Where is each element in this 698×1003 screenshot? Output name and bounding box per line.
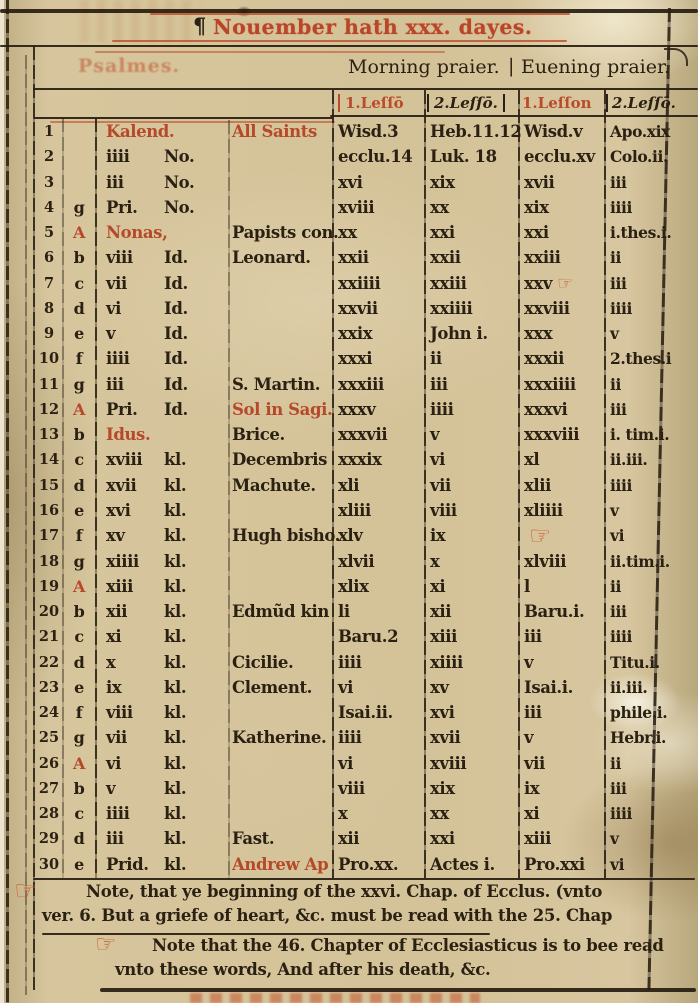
roman-date: vId. (98, 322, 230, 347)
lesson-morning-1: xxxix (338, 448, 422, 473)
day-number: 26 (36, 752, 62, 777)
lesson-evening-2: i. tim.i. (610, 423, 690, 448)
day-number: 10 (36, 347, 62, 372)
roman-date-numeral: xvi (106, 499, 131, 523)
lesson-evening-2: iii (610, 398, 690, 423)
roman-date-numeral: Prid. (106, 853, 149, 877)
roman-date: viiiId. (98, 246, 230, 271)
roman-date: Idus. (98, 423, 230, 448)
lesson-morning-2: xix (430, 777, 516, 802)
lesson-morning-1: xxii (338, 246, 422, 271)
dominical-letter: b (64, 246, 94, 271)
roman-date-numeral: xviii (106, 448, 142, 472)
col-rule-m1 (332, 90, 334, 878)
lesson-evening-1: ecclu.xv (524, 145, 602, 170)
day-number: 21 (36, 625, 62, 650)
lesson-evening-1: Baru.i. (524, 600, 602, 625)
day-number: 14 (36, 448, 62, 473)
calendar-row: 28ciiiikl.xxxxiiiii (0, 802, 698, 827)
roman-date: xiiikl. (98, 575, 230, 600)
feast-name (232, 297, 334, 322)
day-number: 6 (36, 246, 62, 271)
roman-date-numeral: v (106, 322, 115, 346)
lesson-evening-2: ii (610, 246, 690, 271)
dominical-letter (64, 145, 94, 170)
lesson-evening-1: iii (524, 701, 602, 726)
calendar-row: 21cxikl.Baru.2xiiiiiiiiii (0, 625, 698, 650)
day-number: 24 (36, 701, 62, 726)
roman-date: iiiId. (98, 373, 230, 398)
dominical-letter: d (64, 297, 94, 322)
roman-date-marker: Id. (164, 373, 188, 397)
roman-date-numeral: Pri. (106, 398, 138, 422)
lesson-morning-1: xviii (338, 196, 422, 221)
lesson-evening-1: xxiii (524, 246, 602, 271)
lesson-morning-2: vii (430, 474, 516, 499)
roman-date-numeral: ix (106, 676, 121, 700)
feast-name: S. Martin. (232, 373, 334, 398)
roman-date-numeral: Idus. (106, 423, 150, 447)
lesson-morning-1: xxxvii (338, 423, 422, 448)
col-rule-m2 (424, 90, 426, 878)
lesson-morning-1: viii (338, 777, 422, 802)
roman-date-numeral: iiii (106, 145, 129, 169)
calendar-row: 13bIdus.Brice.xxxviivxxxviiii. tim.i. (0, 423, 698, 448)
lesson-evening-1: ☞ (524, 524, 602, 549)
lesson-evening-1: xxxiiii (524, 373, 602, 398)
calendar-row: 17fxvkl.Hugh bisho.xlvix☞vi (0, 524, 698, 549)
roman-date-numeral: xvii (106, 474, 136, 498)
roman-date-marker: kl. (164, 777, 186, 801)
calendar-table: 1Kalend.All SaintsWisd.3Heb.11.12Wisd.vA… (0, 120, 698, 878)
roman-date-numeral: x (106, 651, 115, 675)
roman-date: xikl. (98, 625, 230, 650)
lesson-morning-1: xxxiii (338, 373, 422, 398)
roman-date: xvikl. (98, 499, 230, 524)
col-rule-e1 (518, 90, 520, 878)
roman-date: xiiiikl. (98, 550, 230, 575)
lesson-morning-2: xv (430, 676, 516, 701)
note-2-line-2: vnto these words, And after his death, &… (115, 960, 490, 979)
lesson-morning-2: Heb.11.12 (430, 120, 516, 145)
dominical-letter: e (64, 499, 94, 524)
lesson-morning-1: xlvii (338, 550, 422, 575)
lesson-evening-1: Isai.i. (524, 676, 602, 701)
calendar-row: 2iiiiNo.ecclu.14Luk. 18ecclu.xvColo.ii. (0, 145, 698, 170)
lesson-morning-2: xiii (430, 625, 516, 650)
roman-date-numeral: xii (106, 600, 127, 624)
lesson-evening-2: ii (610, 575, 690, 600)
dominical-letter: e (64, 676, 94, 701)
dominical-letter: A (64, 752, 94, 777)
day-number: 25 (36, 726, 62, 751)
calendar-row: 12APri.Id.Sol in Sagi.xxxviiiixxxviiii (0, 398, 698, 423)
lesson-evening-2: 2.thes.i (610, 347, 690, 372)
lesson-evening-1: ix (524, 777, 602, 802)
lesson-evening-2: ii.tim.i. (610, 550, 690, 575)
day-number: 16 (36, 499, 62, 524)
psalmes-header: Psalmes. (78, 55, 180, 77)
calendar-row: 29diiikl.Fast.xiixxixiiiv (0, 827, 698, 852)
lesson-evening-1: vii (524, 752, 602, 777)
dominical-letter: b (64, 600, 94, 625)
calendar-row: 15dxviikl.Machute.xliviixliiiiii (0, 474, 698, 499)
roman-date-numeral: iiii (106, 347, 129, 371)
roman-date-numeral: xiiii (106, 550, 139, 574)
roman-date-marker: Id. (164, 246, 188, 270)
dominical-letter: c (64, 625, 94, 650)
day-number: 11 (36, 373, 62, 398)
roman-date-numeral: viii (106, 701, 133, 725)
roman-date: xvkl. (98, 524, 230, 549)
feast-name: Leonard. (232, 246, 334, 271)
lesson-morning-1: Pro.xx. (338, 853, 422, 878)
day-number: 20 (36, 600, 62, 625)
lesson-evening-1: xxi (524, 221, 602, 246)
roman-date: iiiNo. (98, 171, 230, 196)
calendar-row: 27bvkl.viiixixixiii (0, 777, 698, 802)
roman-date-marker: Id. (164, 347, 188, 371)
dominical-letter: g (64, 196, 94, 221)
manicule-icon: ☞ (557, 273, 573, 294)
lesson-evening-2: ii.iii. (610, 448, 690, 473)
lesson-evening-2: iiii (610, 625, 690, 650)
roman-date-marker: No. (164, 196, 194, 220)
lesson-morning-1: xlv (338, 524, 422, 549)
lesson-morning-1: Baru.2 (338, 625, 422, 650)
feast-name: Decembris (232, 448, 334, 473)
roman-date-marker: Id. (164, 398, 188, 422)
divider (330, 115, 698, 117)
dominical-letter (64, 171, 94, 196)
lesson-morning-2: x (430, 550, 516, 575)
lesson-morning-1: xlix (338, 575, 422, 600)
roman-date-marker: kl. (164, 575, 186, 599)
roman-date-marker: kl. (164, 752, 186, 776)
feast-name: Cicilie. (232, 651, 334, 676)
roman-date: Pri.Id. (98, 398, 230, 423)
dominical-letter: f (64, 347, 94, 372)
dominical-letter: b (64, 777, 94, 802)
roman-date: xiikl. (98, 600, 230, 625)
day-number: 8 (36, 297, 62, 322)
calendar-row: 5ANonas,Papists con.xxxxixxii.thes.i. (0, 221, 698, 246)
feast-name (232, 802, 334, 827)
lesson-evening-1: xxxii (524, 347, 602, 372)
calendar-row: 6bviiiId.Leonard.xxiixxiixxiiiii (0, 246, 698, 271)
ink-bleedthrough (80, 0, 200, 42)
feast-name (232, 347, 334, 372)
roman-date-numeral: iii (106, 827, 124, 851)
lesson-morning-2: viii (430, 499, 516, 524)
feast-name: Sol in Sagi. (232, 398, 334, 423)
dominical-letter (64, 120, 94, 145)
lesson-evening-2: ii (610, 373, 690, 398)
lesson-morning-2: xiiii (430, 651, 516, 676)
lesson-morning-2: xxi (430, 827, 516, 852)
lesson-morning-2: vi (430, 448, 516, 473)
roman-date: viId. (98, 297, 230, 322)
roman-date-numeral: xv (106, 524, 125, 548)
lesson-evening-1: v (524, 726, 602, 751)
lesson-evening-1: iii (524, 625, 602, 650)
roman-date: Prid.kl. (98, 853, 230, 878)
lesson-morning-1: ecclu.14 (338, 145, 422, 170)
feast-name (232, 322, 334, 347)
roman-date-numeral: xiii (106, 575, 133, 599)
roman-date: vikl. (98, 752, 230, 777)
divider-red (95, 51, 445, 53)
roman-date: viiikl. (98, 701, 230, 726)
day-number: 9 (36, 322, 62, 347)
lesson-evening-1: xxx (524, 322, 602, 347)
lesson-morning-2: xxiii (430, 272, 516, 297)
lesson-evening-2: iiii (610, 297, 690, 322)
roman-date-numeral: iii (106, 171, 124, 195)
lesson-morning-2: xviii (430, 752, 516, 777)
manicule-icon: ☞ (95, 930, 117, 958)
day-number: 29 (36, 827, 62, 852)
dominical-letter: c (64, 272, 94, 297)
lesson-morning-2: iii (430, 373, 516, 398)
roman-date-numeral: Kalend. (106, 120, 174, 144)
feast-name (232, 196, 334, 221)
day-number: 12 (36, 398, 62, 423)
lesson-evening-1: Wisd.v (524, 120, 602, 145)
col-rule-e2 (604, 90, 606, 878)
day-number: 23 (36, 676, 62, 701)
lesson-evening-1: l (524, 575, 602, 600)
lesson-morning-1: iiii (338, 651, 422, 676)
lesson-morning-2: iiii (430, 398, 516, 423)
feast-name: Brice. (232, 423, 334, 448)
dominical-letter: d (64, 651, 94, 676)
roman-date-numeral: vi (106, 752, 121, 776)
lesson-evening-2: i.thes.i. (610, 221, 690, 246)
day-number: 28 (36, 802, 62, 827)
day-number: 7 (36, 272, 62, 297)
roman-date-numeral: vi (106, 297, 121, 321)
lesson-header-morning-1: 1.Leſſō (338, 94, 404, 112)
morning-praier-header: Morning praier. (348, 56, 500, 78)
lesson-morning-1: Wisd.3 (338, 120, 422, 145)
dominical-letter: A (64, 575, 94, 600)
roman-date-numeral: vii (106, 726, 127, 750)
roman-date-marker: kl. (164, 701, 186, 725)
roman-date-numeral: Nonas, (106, 221, 167, 245)
calendar-row: 20bxiikl.Edmũd kinlixiiBaru.i.iii (0, 600, 698, 625)
feast-name: Hugh bisho. (232, 524, 334, 549)
lesson-morning-2: xx (430, 802, 516, 827)
lesson-morning-1: xliii (338, 499, 422, 524)
feast-name (232, 499, 334, 524)
dominical-letter: b (64, 423, 94, 448)
lesson-morning-1: xxxi (338, 347, 422, 372)
calendar-row: 7cviiId.xxiiiixxiiixxv☞iii (0, 272, 698, 297)
dominical-letter: d (64, 474, 94, 499)
day-number: 27 (36, 777, 62, 802)
roman-date-marker: kl. (164, 827, 186, 851)
feast-name (232, 625, 334, 650)
lesson-evening-2: iii (610, 272, 690, 297)
roman-date-marker: kl. (164, 524, 186, 548)
day-number: 19 (36, 575, 62, 600)
feast-name (232, 777, 334, 802)
roman-date: Pri.No. (98, 196, 230, 221)
roman-date-numeral: viii (106, 246, 133, 270)
dominical-letter: c (64, 802, 94, 827)
col-rule-number (62, 118, 64, 878)
lesson-evening-1: xiii (524, 827, 602, 852)
pilcrow-icon: ¶ (193, 13, 206, 38)
lesson-morning-2: xvii (430, 726, 516, 751)
col-rule-letter (95, 118, 97, 878)
calendar-row: 24fviiikl.Isai.ii.xviiiiphile.i. (0, 701, 698, 726)
manicule-icon: ☞ (529, 521, 551, 550)
calendar-row: 14cxviiikl.Decembrisxxxixvixlii.iii. (0, 448, 698, 473)
roman-date: xviiikl. (98, 448, 230, 473)
calendar-row: 25gviikl.Katherine.iiiixviivHebr.i. (0, 726, 698, 751)
lesson-morning-2: xxiiii (430, 297, 516, 322)
lesson-evening-2: Colo.ii. (610, 145, 690, 170)
lesson-morning-1: vi (338, 752, 422, 777)
roman-date-numeral: xi (106, 625, 121, 649)
feast-name (232, 145, 334, 170)
feast-name: Fast. (232, 827, 334, 852)
lesson-evening-2: iii (610, 777, 690, 802)
page-title: Nouember hath xxx. dayes. (213, 15, 532, 39)
roman-date: iiiiId. (98, 347, 230, 372)
lesson-evening-1: xxviii (524, 297, 602, 322)
roman-date: viiId. (98, 272, 230, 297)
day-number: 30 (36, 853, 62, 878)
day-number: 3 (36, 171, 62, 196)
lesson-evening-2: Titu.i. (610, 651, 690, 676)
lesson-morning-2: xxi (430, 221, 516, 246)
dominical-letter: g (64, 726, 94, 751)
lesson-evening-2: ii (610, 752, 690, 777)
roman-date: xviikl. (98, 474, 230, 499)
day-number: 17 (36, 524, 62, 549)
note-1-line-1: Note, that ye beginning of the xxvi. Cha… (86, 882, 602, 901)
lesson-evening-1: xvii (524, 171, 602, 196)
manicule-icon: ☞ (14, 876, 37, 906)
calendar-row: 26Avikl.vixviiiviiii (0, 752, 698, 777)
lesson-evening-1: xi (524, 802, 602, 827)
roman-date-numeral: Pri. (106, 196, 138, 220)
lesson-morning-2: v (430, 423, 516, 448)
lesson-morning-1: xxiiii (338, 272, 422, 297)
roman-date-numeral: vii (106, 272, 127, 296)
calendar-row: 1Kalend.All SaintsWisd.3Heb.11.12Wisd.vA… (0, 120, 698, 145)
lesson-morning-2: Actes i. (430, 853, 516, 878)
feast-name: Andrew Ap (232, 853, 334, 878)
dominical-letter: c (64, 448, 94, 473)
dominical-letter: f (64, 701, 94, 726)
note-1-line-2: ver. 6. But a griefe of heart, &c. must … (42, 906, 612, 925)
lesson-morning-1: xxvii (338, 297, 422, 322)
roman-date: iiikl. (98, 827, 230, 852)
lesson-morning-1: xx (338, 221, 422, 246)
lesson-morning-1: x (338, 802, 422, 827)
feast-name (232, 701, 334, 726)
divider (100, 988, 696, 992)
day-number: 15 (36, 474, 62, 499)
roman-date-numeral: v (106, 777, 115, 801)
day-number: 22 (36, 651, 62, 676)
table-left-border (33, 46, 35, 990)
dominical-letter: g (64, 373, 94, 398)
calendar-row: 4gPri.No.xviiixxxixiiii (0, 196, 698, 221)
roman-date: viikl. (98, 726, 230, 751)
dominical-letter: A (64, 221, 94, 246)
lesson-header-evening-1: 1.Leſſon (522, 94, 592, 112)
euening-praier-header: Euening praier. (521, 56, 670, 78)
lesson-evening-1: xxxviii (524, 423, 602, 448)
feast-name (232, 272, 334, 297)
roman-date-marker: kl. (164, 625, 186, 649)
lesson-morning-2: xi (430, 575, 516, 600)
calendar-row: 8dviId.xxviixxiiiixxviiiiiii (0, 297, 698, 322)
lesson-morning-2: ii (430, 347, 516, 372)
roman-date: Nonas, (98, 221, 230, 246)
calendar-row: 11giiiId.S. Martin.xxxiiiiiixxxiiiiii (0, 373, 698, 398)
feast-name: Edmũd kin (232, 600, 334, 625)
lesson-morning-2: xix (430, 171, 516, 196)
feast-name (232, 575, 334, 600)
roman-date-marker: kl. (164, 651, 186, 675)
roman-date-numeral: iii (106, 373, 124, 397)
lesson-evening-1: Pro.xxi (524, 853, 602, 878)
lesson-evening-2: vi (610, 524, 690, 549)
calendar-row: 23eixkl.Clement.vixvIsai.i.ii.iii. (0, 676, 698, 701)
feast-name (232, 550, 334, 575)
lesson-header-morning-2: 2.Leſſō. (427, 94, 505, 112)
day-number: 5 (36, 221, 62, 246)
calendar-row: 16exvikl.xliiiviiixliiiiv (0, 499, 698, 524)
roman-date-marker: kl. (164, 726, 186, 750)
feast-name: Machute. (232, 474, 334, 499)
roman-date: xkl. (98, 651, 230, 676)
lesson-evening-1: xlii (524, 474, 602, 499)
roman-date-marker: Id. (164, 272, 188, 296)
roman-date-marker: kl. (164, 802, 186, 826)
lesson-evening-2: iii (610, 171, 690, 196)
lesson-evening-2: iii (610, 600, 690, 625)
dominical-letter: d (64, 827, 94, 852)
column-separator: | (508, 55, 514, 77)
lesson-morning-1: xli (338, 474, 422, 499)
lesson-evening-2: ii.iii. (610, 676, 690, 701)
calendar-row: 3iiiNo.xvixixxviiiii (0, 171, 698, 196)
calendar-page: ¶ Nouember hath xxx. dayes. Psalmes. Mor… (0, 0, 698, 1003)
roman-date-marker: kl. (164, 550, 186, 574)
divider (33, 88, 698, 90)
lesson-morning-2: ix (430, 524, 516, 549)
roman-date: Kalend. (98, 120, 230, 145)
day-number: 2 (36, 145, 62, 170)
calendar-row: 18gxiiiikl.xlviixxlviiiii.tim.i. (0, 550, 698, 575)
lesson-evening-2: v (610, 322, 690, 347)
roman-date-marker: kl. (164, 676, 186, 700)
lesson-evening-2: Apo.xix (610, 120, 690, 145)
roman-date-marker: Id. (164, 297, 188, 321)
note-2-line-1: Note that the 46. Chapter of Ecclesiasti… (152, 936, 664, 955)
lesson-evening-1: xl (524, 448, 602, 473)
lesson-morning-2: Luk. 18 (430, 145, 516, 170)
divider (0, 45, 698, 47)
day-number: 13 (36, 423, 62, 448)
